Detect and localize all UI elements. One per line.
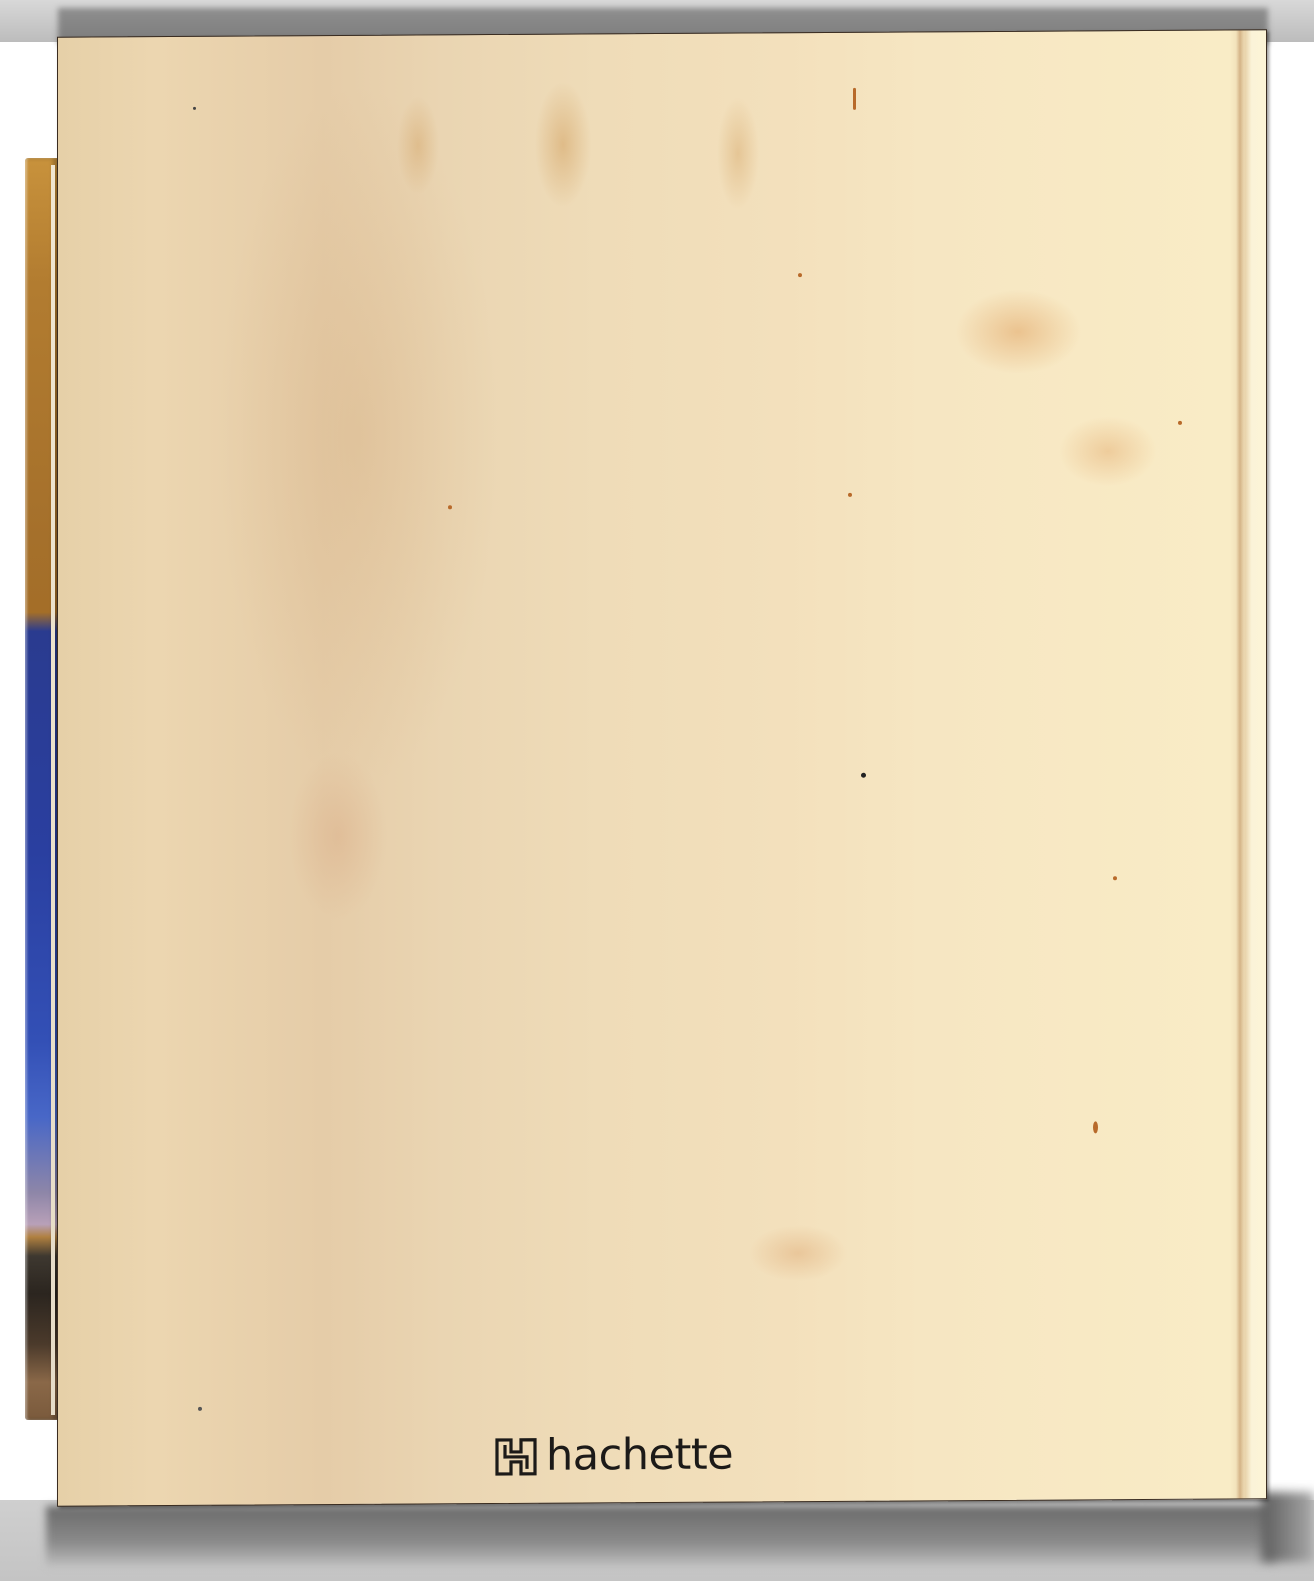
speck: [1093, 1121, 1098, 1133]
speck: [1113, 876, 1117, 880]
speck: [848, 493, 852, 497]
book-back-cover: hachette: [57, 29, 1267, 1506]
shadow-right: [1262, 1492, 1314, 1562]
spine-crease: [1236, 30, 1244, 1498]
speck: [448, 505, 452, 509]
shadow-bottom: [46, 1506, 1276, 1566]
speck: [861, 773, 866, 778]
background-book-page-edge: [51, 165, 55, 1415]
hachette-h-logo-icon: [494, 1436, 538, 1476]
speck: [798, 273, 802, 277]
speck: [198, 1407, 202, 1411]
speck: [193, 107, 196, 110]
publisher-name: hachette: [546, 1434, 733, 1478]
speck: [1178, 421, 1182, 425]
publisher-logo: hachette: [494, 1434, 733, 1478]
speck: [853, 88, 856, 110]
